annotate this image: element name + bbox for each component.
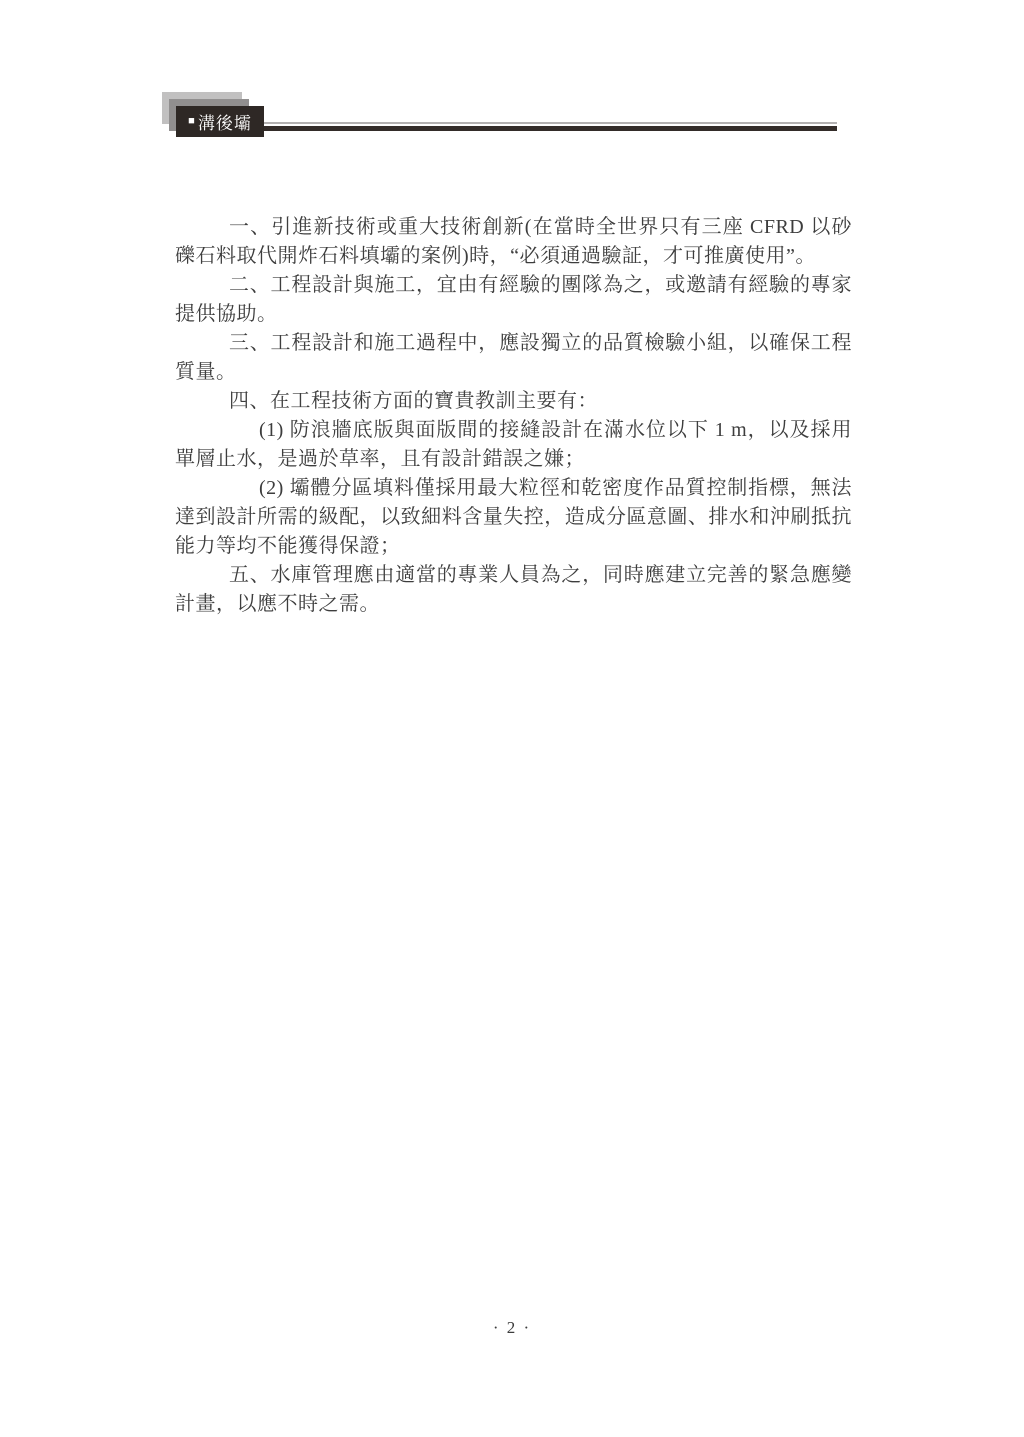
header-rule: [252, 122, 837, 131]
paragraph-item-2: 二、工程設計與施工，宜由有經驗的團隊為之，或邀請有經驗的專家提供協助。: [175, 271, 852, 329]
page-footer: · 2 ·: [0, 1318, 1024, 1338]
square-bullet-icon: ■: [188, 116, 196, 127]
header-title-box: ■ 溝後壩: [176, 106, 264, 137]
header-rule-thick-line: [252, 126, 837, 131]
page-number: · 2 ·: [493, 1318, 531, 1337]
paragraph-item-4-sub-2: (2) 壩體分區填料僅採用最大粒徑和乾密度作品質控制指標，無法達到設計所需的級配…: [175, 474, 852, 561]
paragraph-item-3: 三、工程設計和施工過程中，應設獨立的品質檢驗小組，以確保工程質量。: [175, 329, 852, 387]
document-body: 一、引進新技術或重大技術創新(在當時全世界只有三座 CFRD 以砂礫石料取代開炸…: [175, 213, 852, 619]
document-page: ■ 溝後壩 一、引進新技術或重大技術創新(在當時全世界只有三座 CFRD 以砂礫…: [0, 0, 1024, 1437]
paragraph-item-4: 四、在工程技術方面的寶貴教訓主要有：: [175, 387, 852, 416]
paragraph-item-5: 五、水庫管理應由適當的專業人員為之，同時應建立完善的緊急應變計畫，以應不時之需。: [175, 561, 852, 619]
paragraph-item-4-sub-1: (1) 防浪牆底版與面版間的接縫設計在滿水位以下 1 m，以及採用單層止水，是過…: [175, 416, 852, 474]
header-title: 溝後壩: [198, 109, 252, 134]
paragraph-item-1: 一、引進新技術或重大技術創新(在當時全世界只有三座 CFRD 以砂礫石料取代開炸…: [175, 213, 852, 271]
